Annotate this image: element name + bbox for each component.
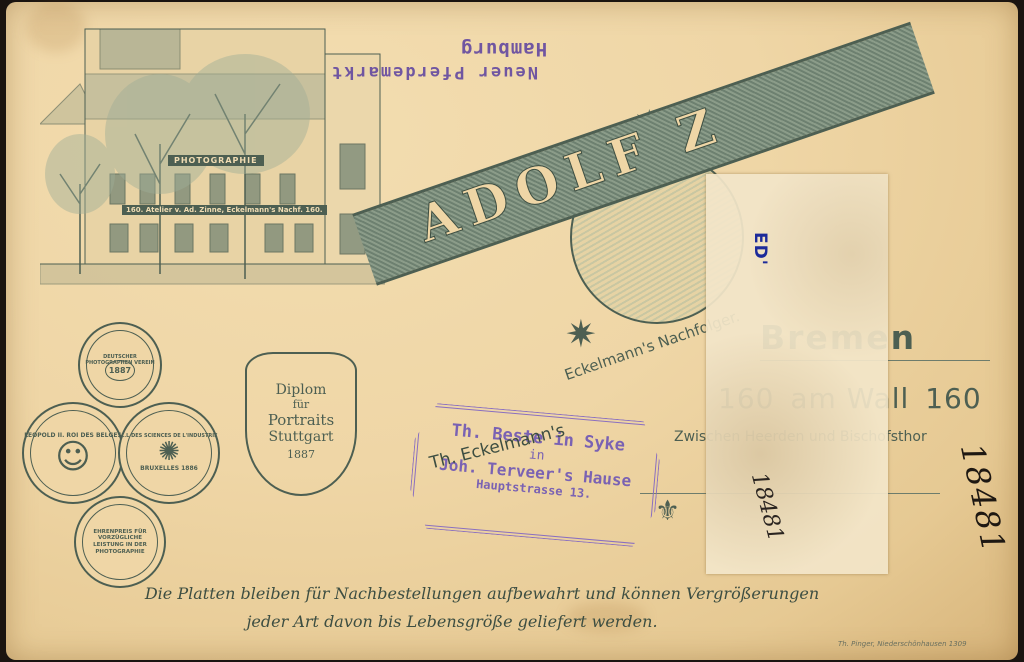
sunburst-icon: ✺ (120, 439, 217, 465)
footer-line-1: Die Platten bleiben für Nachbestellungen… (0, 584, 994, 603)
medal-sciences-industrie: ...L DES SCIENCES DE L'INDUSTRIE ✺ BRUXE… (118, 402, 220, 504)
printer-credit: Th. Pinger, Niederschönhausen 1309 (838, 640, 967, 648)
diplom-year: 1887 (247, 448, 355, 461)
star-icon: ✷ (565, 315, 597, 353)
medal-ehrenpreis: EHRENPREIS FÜR VORZÜGLICHE LEISTUNG IN D… (74, 496, 166, 588)
syke-stamp: Th. Beste in Syke in Joh. Terveer's Haus… (407, 402, 663, 549)
medal-subtext: BRUXELLES 1886 (120, 465, 217, 472)
fleur-ornament-icon: ⚜ (655, 494, 680, 527)
tape-blue-stamp: ED' (750, 232, 770, 266)
footer-line-2: jeder Art davon bis Lebensgröße geliefer… (0, 612, 964, 631)
portrait-icon: ☺ (24, 440, 122, 474)
medal-photographen-verein: DEUTSCHER PHOTOGRAPHEN VEREIN 1887 (78, 322, 162, 408)
photographie-sign: PHOTOGRAPHIE (168, 155, 264, 166)
diplom-line: Portraits (247, 411, 355, 429)
medal-leopold: LEOPOLD II. ROI DES BELGES ☺ (22, 402, 124, 504)
stamp-line-city: Hamburg (460, 38, 547, 60)
medal-year: 1887 (105, 360, 135, 381)
medal-text: EHRENPREIS FÜR VORZÜGLICHE LEISTUNG IN D… (90, 529, 150, 555)
diplom-shield: Diplom für Portraits Stuttgart 1887 (245, 352, 357, 496)
atelier-sign: 160. Atelier v. Ad. Zinne, Eckelmann's N… (122, 205, 327, 215)
address-number-right: 160 (925, 382, 981, 415)
diplom-line: Stuttgart (247, 429, 355, 445)
paper-tape (706, 174, 888, 574)
diplom-line: Diplom (247, 382, 355, 398)
hamburg-stamp: Neuer Pferdemarkt Hamburg (330, 38, 547, 82)
diplom-line: für (247, 398, 355, 411)
stamp-line-street: Neuer Pferdemarkt (330, 62, 547, 82)
